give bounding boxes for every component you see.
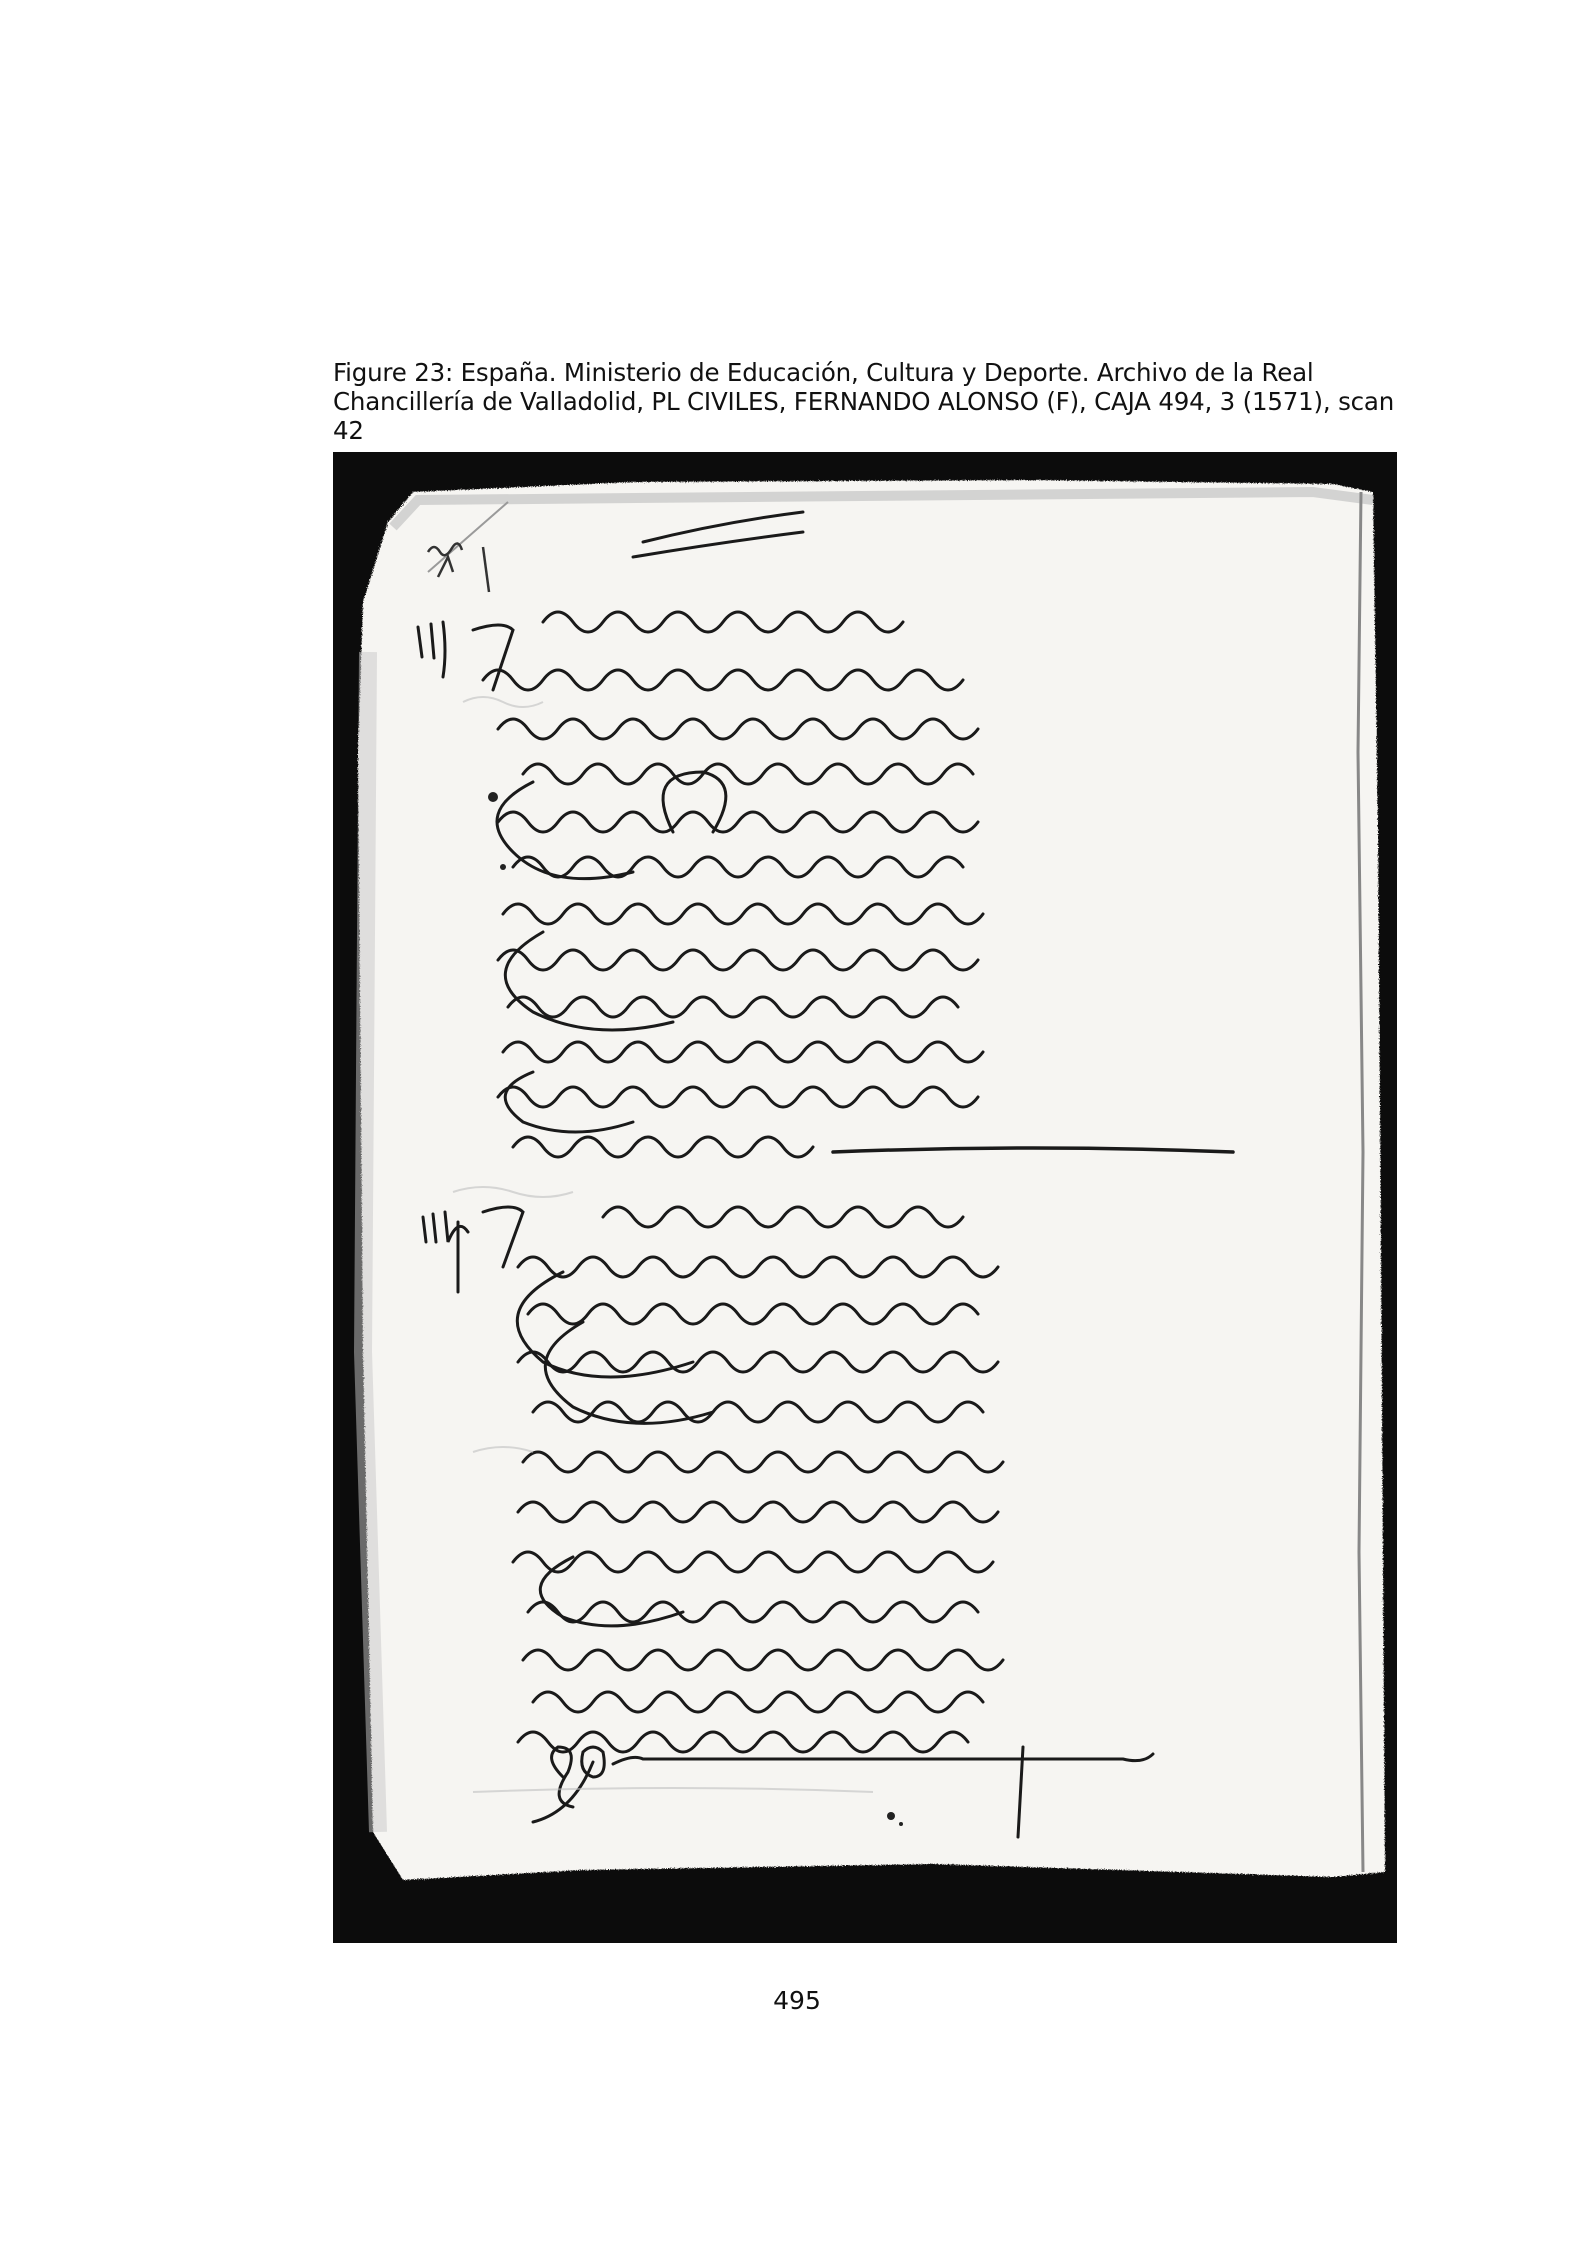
manuscript-scan-image [333, 452, 1397, 1943]
manuscript-illustration [333, 452, 1397, 1943]
figure-caption: Figure 23: España. Ministerio de Educaci… [333, 358, 1403, 445]
page-number: 495 [0, 1986, 1594, 2015]
